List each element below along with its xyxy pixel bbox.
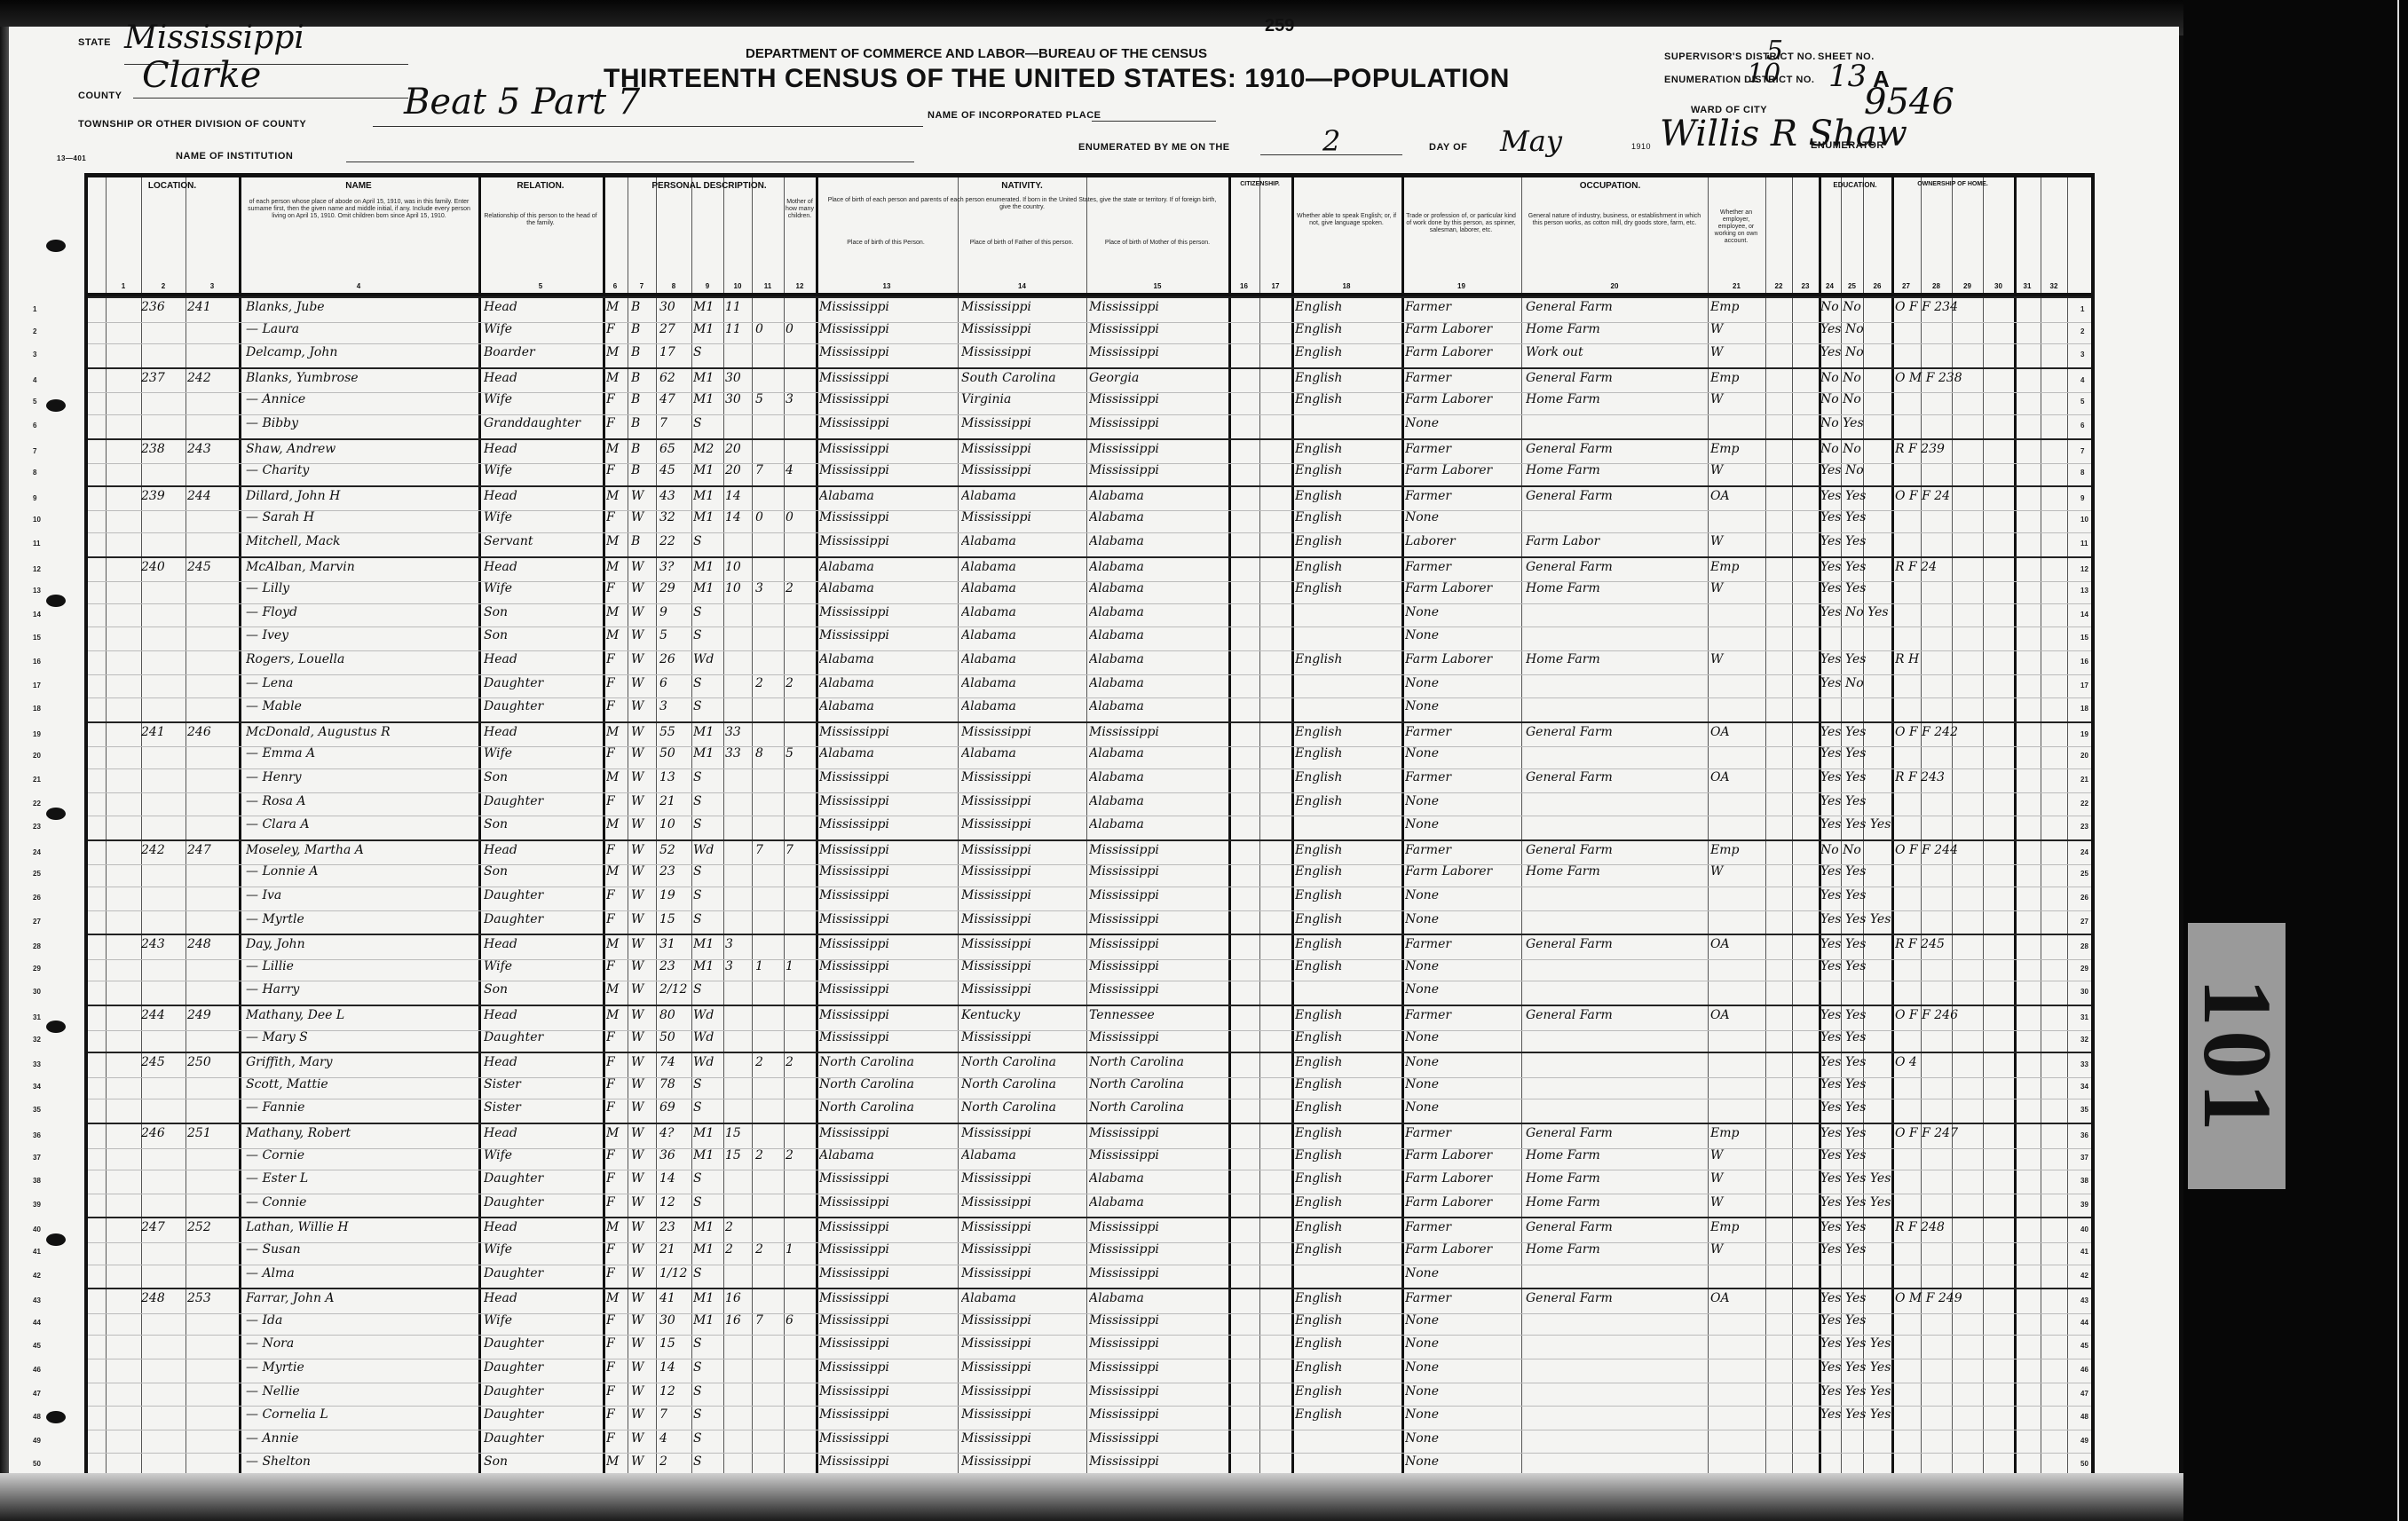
age: 5 bbox=[659, 628, 690, 642]
race: W bbox=[631, 1220, 654, 1234]
language: English bbox=[1295, 1220, 1400, 1234]
age: 19 bbox=[659, 888, 690, 902]
language: English bbox=[1295, 843, 1400, 857]
birthplace: Mississippi bbox=[819, 1008, 956, 1022]
person-name: — Mable bbox=[246, 699, 475, 713]
sex: F bbox=[606, 746, 626, 760]
column-number: 14 bbox=[958, 282, 1086, 290]
relation: Wife bbox=[484, 322, 599, 336]
sex: M bbox=[606, 605, 626, 619]
language: English bbox=[1295, 1077, 1400, 1091]
sex: F bbox=[606, 1242, 626, 1257]
family-number: 252 bbox=[187, 1220, 237, 1234]
birthplace: Alabama bbox=[819, 699, 956, 713]
person-name: Farrar, John A bbox=[246, 1291, 475, 1305]
years-married: 16 bbox=[725, 1291, 750, 1305]
age: 14 bbox=[659, 1171, 690, 1186]
sheet-no-value: 13 bbox=[1828, 59, 1867, 94]
census-row: 2323— Clara ASonMW10SMississippiMississi… bbox=[88, 816, 2091, 840]
line-number: 17 bbox=[2080, 682, 2088, 690]
children-born: 8 bbox=[755, 746, 782, 760]
trade: Farmer bbox=[1405, 442, 1519, 456]
column-number: 15 bbox=[1086, 282, 1228, 290]
mother-birthplace: Alabama bbox=[1089, 581, 1227, 595]
census-row: 1515— IveySonMW5SMississippiAlabamaAlaba… bbox=[88, 627, 2091, 651]
industry: Home Farm bbox=[1526, 864, 1705, 879]
marital-status: M1 bbox=[693, 937, 722, 951]
trade: None bbox=[1405, 1266, 1519, 1281]
person-name: — Ivey bbox=[246, 628, 475, 642]
language: English bbox=[1295, 1291, 1400, 1305]
line-number: 8 bbox=[2080, 469, 2084, 477]
census-row: 1919241246McDonald, Augustus RHeadMW55M1… bbox=[88, 721, 2091, 748]
census-row: 2525— Lonnie ASonMW23SMississippiMississ… bbox=[88, 863, 2091, 887]
home-ownership: R F 24 bbox=[1895, 560, 2012, 574]
mother-birthplace: Mississippi bbox=[1089, 1266, 1227, 1281]
language: English bbox=[1295, 1407, 1400, 1422]
race: W bbox=[631, 937, 654, 951]
education: Yes Yes Yes bbox=[1820, 817, 1891, 831]
education: Yes Yes Yes bbox=[1820, 1195, 1891, 1210]
census-row: 3737— CornieWifeFW36M11522AlabamaAlabama… bbox=[88, 1147, 2091, 1171]
trade: Farmer bbox=[1405, 1126, 1519, 1140]
home-ownership: O F F 244 bbox=[1895, 843, 2012, 857]
years-married: 15 bbox=[725, 1126, 750, 1140]
education: Yes Yes bbox=[1820, 1126, 1891, 1140]
census-row: 1111Mitchell, MackServantMB22SMississipp… bbox=[88, 532, 2091, 557]
trade: Farm Laborer bbox=[1405, 322, 1519, 336]
age: 23 bbox=[659, 864, 690, 879]
person-name: Scott, Mattie bbox=[246, 1077, 475, 1091]
relation: Daughter bbox=[484, 888, 599, 902]
relation: Daughter bbox=[484, 1384, 599, 1399]
education: Yes No bbox=[1820, 345, 1891, 359]
race: W bbox=[631, 1030, 654, 1044]
birthplace: Mississippi bbox=[819, 817, 956, 831]
birthplace: Mississippi bbox=[819, 534, 956, 548]
marital-status: S bbox=[693, 1360, 722, 1375]
person-name: Dillard, John H bbox=[246, 489, 475, 503]
line-number: 26 bbox=[33, 894, 41, 902]
worker-class: Emp bbox=[1710, 1220, 1764, 1234]
line-number: 13 bbox=[33, 587, 41, 595]
census-row: 1818— MableDaughterFW3SAlabamaAlabamaAla… bbox=[88, 697, 2091, 722]
sex: M bbox=[606, 442, 626, 456]
education: No Yes bbox=[1820, 416, 1891, 430]
family-number: 253 bbox=[187, 1291, 237, 1305]
relation: Boarder bbox=[484, 345, 599, 359]
age: 1/12 bbox=[659, 1266, 690, 1281]
home-ownership: R F 245 bbox=[1895, 937, 2012, 951]
birthplace: Mississippi bbox=[819, 864, 956, 879]
line-number: 11 bbox=[2080, 540, 2088, 548]
education: Yes Yes bbox=[1820, 770, 1891, 784]
person-name: McDonald, Augustus R bbox=[246, 725, 475, 739]
relation: Wife bbox=[484, 1313, 599, 1328]
worker-class: W bbox=[1710, 392, 1764, 406]
children-born: 2 bbox=[755, 1055, 782, 1069]
person-name: Blanks, Yumbrose bbox=[246, 371, 475, 385]
line-number: 29 bbox=[2080, 965, 2088, 973]
race: W bbox=[631, 1077, 654, 1091]
census-row: 2424242247Moseley, Martha AHeadFW52Wd77M… bbox=[88, 839, 2091, 866]
mother-birthplace: Mississippi bbox=[1089, 1313, 1227, 1328]
census-row: 77238243Shaw, AndrewHeadMB65M220Mississi… bbox=[88, 438, 2091, 465]
trade: None bbox=[1405, 817, 1519, 831]
line-number: 10 bbox=[33, 516, 41, 524]
sex: F bbox=[606, 1431, 626, 1446]
line-number: 23 bbox=[2080, 823, 2088, 831]
trade: Farmer bbox=[1405, 843, 1519, 857]
language: English bbox=[1295, 371, 1400, 385]
race: W bbox=[631, 560, 654, 574]
age: 22 bbox=[659, 534, 690, 548]
line-number: 1 bbox=[2080, 305, 2084, 313]
language: English bbox=[1295, 959, 1400, 973]
race: W bbox=[631, 1407, 654, 1422]
trade: None bbox=[1405, 794, 1519, 808]
census-row: 1616Rogers, LouellaHeadFW26WdAlabamaAlab… bbox=[88, 650, 2091, 675]
birthplace: Mississippi bbox=[819, 1454, 956, 1469]
race: W bbox=[631, 843, 654, 857]
census-row: 3838— Ester LDaughterFW14SMississippiMis… bbox=[88, 1170, 2091, 1194]
relation: Servant bbox=[484, 534, 599, 548]
home-ownership: R H bbox=[1895, 652, 2012, 666]
industry: General Farm bbox=[1526, 843, 1705, 857]
person-name: Day, John bbox=[246, 937, 475, 951]
age: 21 bbox=[659, 794, 690, 808]
birthplace: North Carolina bbox=[819, 1077, 956, 1091]
trade: Farm Laborer bbox=[1405, 1148, 1519, 1162]
line-number: 24 bbox=[2080, 848, 2088, 856]
line-number: 4 bbox=[2080, 376, 2084, 384]
person-name: — Connie bbox=[246, 1195, 475, 1210]
person-name: — Lilly bbox=[246, 581, 475, 595]
column-number: 22 bbox=[1765, 282, 1792, 290]
race: W bbox=[631, 1242, 654, 1257]
line-number: 38 bbox=[2080, 1177, 2088, 1185]
father-birthplace: Mississippi bbox=[961, 1336, 1086, 1351]
mother-birthplace: North Carolina bbox=[1089, 1077, 1227, 1091]
mother-birthplace: Mississippi bbox=[1089, 1360, 1227, 1375]
children-living: 4 bbox=[786, 463, 814, 477]
age: 78 bbox=[659, 1077, 690, 1091]
line-number: 7 bbox=[33, 447, 36, 455]
race: W bbox=[631, 1100, 654, 1115]
race: W bbox=[631, 510, 654, 524]
relation: Son bbox=[484, 817, 599, 831]
birthplace: Mississippi bbox=[819, 1336, 956, 1351]
birthplace: Mississippi bbox=[819, 1431, 956, 1446]
birthplace: Mississippi bbox=[819, 725, 956, 739]
education: Yes Yes bbox=[1820, 1291, 1891, 1305]
line-number: 13 bbox=[2080, 587, 2088, 595]
census-row: 4646— MyrtieDaughterFW14SMississippiMiss… bbox=[88, 1359, 2091, 1383]
education: Yes Yes bbox=[1820, 888, 1891, 902]
father-birthplace: Mississippi bbox=[961, 1195, 1086, 1210]
family-number: 246 bbox=[187, 725, 237, 739]
birthplace: Mississippi bbox=[819, 794, 956, 808]
language: English bbox=[1295, 937, 1400, 951]
language: English bbox=[1295, 489, 1400, 503]
marital-status: S bbox=[693, 1454, 722, 1469]
marital-status: S bbox=[693, 1336, 722, 1351]
father-birthplace: Alabama bbox=[961, 581, 1086, 595]
person-name: Griffith, Mary bbox=[246, 1055, 475, 1069]
marital-status: M1 bbox=[693, 581, 722, 595]
father-birthplace: Alabama bbox=[961, 489, 1086, 503]
marital-status: S bbox=[693, 817, 722, 831]
race: B bbox=[631, 300, 654, 314]
relation: Wife bbox=[484, 392, 599, 406]
column-number: 7 bbox=[628, 282, 656, 290]
mother-birthplace: Mississippi bbox=[1089, 1431, 1227, 1446]
children-living: 1 bbox=[786, 959, 814, 973]
education: Yes Yes bbox=[1820, 937, 1891, 951]
line-number: 50 bbox=[2080, 1460, 2088, 1468]
family-number: 241 bbox=[187, 300, 237, 314]
father-birthplace: Alabama bbox=[961, 1291, 1086, 1305]
punch-hole bbox=[46, 1233, 66, 1246]
column-number: 19 bbox=[1401, 282, 1521, 290]
birthplace: Mississippi bbox=[819, 1313, 956, 1328]
race: W bbox=[631, 982, 654, 997]
birthplace: Mississippi bbox=[819, 392, 956, 406]
mother-birthplace: Alabama bbox=[1089, 489, 1227, 503]
line-number: 16 bbox=[33, 658, 41, 666]
age: 4? bbox=[659, 1126, 690, 1140]
mother-birthplace: Mississippi bbox=[1089, 442, 1227, 456]
line-number: 25 bbox=[33, 870, 41, 878]
marital-status: M1 bbox=[693, 1242, 722, 1257]
personal-description-header: PERSONAL DESCRIPTION. bbox=[603, 181, 816, 191]
father-birthplace: South Carolina bbox=[961, 371, 1086, 385]
line-number: 31 bbox=[2080, 1013, 2088, 1021]
mother-birthplace: Tennessee bbox=[1089, 1008, 1227, 1022]
column-number: 12 bbox=[784, 282, 816, 290]
marital-status: S bbox=[693, 1195, 722, 1210]
age: 15 bbox=[659, 912, 690, 926]
language: English bbox=[1295, 442, 1400, 456]
race: W bbox=[631, 605, 654, 619]
years-married: 33 bbox=[725, 746, 750, 760]
enumeration-day: 2 bbox=[1322, 124, 1340, 158]
line-number: 22 bbox=[2080, 800, 2088, 808]
institution-label: NAME OF INSTITUTION bbox=[176, 151, 293, 162]
person-name: — Myrtie bbox=[246, 1360, 475, 1375]
race: W bbox=[631, 817, 654, 831]
age: 12 bbox=[659, 1195, 690, 1210]
trade: Farm Laborer bbox=[1405, 1195, 1519, 1210]
education: Yes Yes bbox=[1820, 1055, 1891, 1069]
marital-status: M1 bbox=[693, 1220, 722, 1234]
home-ownership: O F F 246 bbox=[1895, 1008, 2012, 1022]
marital-status: S bbox=[693, 1266, 722, 1281]
worker-class: OA bbox=[1710, 937, 1764, 951]
sex: F bbox=[606, 1313, 626, 1328]
relation: Head bbox=[484, 560, 599, 574]
person-name: — Charity bbox=[246, 463, 475, 477]
race: B bbox=[631, 345, 654, 359]
birthplace: Mississippi bbox=[819, 1360, 956, 1375]
father-birthplace: Mississippi bbox=[961, 959, 1086, 973]
census-row: 2727— MyrtleDaughterFW15SMississippiMiss… bbox=[88, 910, 2091, 935]
father-birthplace: Alabama bbox=[961, 605, 1086, 619]
years-married: 10 bbox=[725, 560, 750, 574]
person-name: — Floyd bbox=[246, 605, 475, 619]
children-born: 0 bbox=[755, 322, 782, 336]
birthplace: Mississippi bbox=[819, 605, 956, 619]
sex: M bbox=[606, 1008, 626, 1022]
dwelling-number: 245 bbox=[141, 1055, 184, 1069]
age: 65 bbox=[659, 442, 690, 456]
marital-status: M1 bbox=[693, 489, 722, 503]
family-number: 243 bbox=[187, 442, 237, 456]
education: Yes Yes bbox=[1820, 959, 1891, 973]
trade: Farm Laborer bbox=[1405, 864, 1519, 879]
enumeration-district-value: 10 bbox=[1747, 59, 1780, 90]
race: W bbox=[631, 1360, 654, 1375]
census-row: 1717— LenaDaughterFW6S22AlabamaAlabamaAl… bbox=[88, 674, 2091, 699]
father-birthplace: Mississippi bbox=[961, 1431, 1086, 1446]
birthplace: Mississippi bbox=[819, 770, 956, 784]
language: English bbox=[1295, 1242, 1400, 1257]
sex: F bbox=[606, 1336, 626, 1351]
race: W bbox=[631, 699, 654, 713]
race: W bbox=[631, 1171, 654, 1186]
race: W bbox=[631, 770, 654, 784]
worker-class: Emp bbox=[1710, 843, 1764, 857]
sex: F bbox=[606, 1266, 626, 1281]
column-number: 17 bbox=[1259, 282, 1291, 290]
education: Yes Yes bbox=[1820, 581, 1891, 595]
sex: M bbox=[606, 300, 626, 314]
enumerated-label: ENUMERATED BY ME ON THE bbox=[1078, 142, 1230, 153]
industry: Home Farm bbox=[1526, 1148, 1705, 1162]
mother-birthplace: Mississippi bbox=[1089, 345, 1227, 359]
birthplace: Mississippi bbox=[819, 1291, 956, 1305]
trade: Farm Laborer bbox=[1405, 463, 1519, 477]
line-number: 5 bbox=[2080, 398, 2084, 406]
sex: M bbox=[606, 489, 626, 503]
industry: Home Farm bbox=[1526, 322, 1705, 336]
dwelling-number: 241 bbox=[141, 725, 184, 739]
column-number: 5 bbox=[478, 282, 603, 290]
person-name: McAlban, Marvin bbox=[246, 560, 475, 574]
worker-class: OA bbox=[1710, 1291, 1764, 1305]
census-row: 3030— HarrySonMW2/12SMississippiMississi… bbox=[88, 981, 2091, 1005]
punch-hole bbox=[46, 595, 66, 607]
education: Yes Yes Yes bbox=[1820, 1407, 1891, 1422]
sex: F bbox=[606, 416, 626, 430]
home-ownership: O F F 24 bbox=[1895, 489, 2012, 503]
census-row: 3434Scott, MattieSisterFW78SNorth Caroli… bbox=[88, 1076, 2091, 1100]
education: Yes Yes bbox=[1820, 1148, 1891, 1162]
line-number: 40 bbox=[2080, 1225, 2088, 1233]
marital-status: S bbox=[693, 1384, 722, 1399]
mother-birthplace: Mississippi bbox=[1089, 1407, 1227, 1422]
race: W bbox=[631, 746, 654, 760]
birthplace: Mississippi bbox=[819, 912, 956, 926]
race: W bbox=[631, 1291, 654, 1305]
marital-status: S bbox=[693, 534, 722, 548]
children-living: 3 bbox=[786, 392, 814, 406]
department-heading: DEPARTMENT OF COMMERCE AND LABOR—BUREAU … bbox=[746, 46, 1207, 61]
relation: Sister bbox=[484, 1077, 599, 1091]
marital-status: M1 bbox=[693, 959, 722, 973]
industry: Farm Labor bbox=[1526, 534, 1705, 548]
line-number: 27 bbox=[33, 918, 41, 926]
sex: F bbox=[606, 510, 626, 524]
family-number: 244 bbox=[187, 489, 237, 503]
line-number: 9 bbox=[2080, 494, 2084, 502]
family-number: 249 bbox=[187, 1008, 237, 1022]
sex: M bbox=[606, 770, 626, 784]
marital-status: S bbox=[693, 605, 722, 619]
mother-birthplace: Alabama bbox=[1089, 794, 1227, 808]
line-number: 15 bbox=[33, 634, 41, 642]
line-number: 26 bbox=[2080, 894, 2088, 902]
line-number: 19 bbox=[2080, 730, 2088, 738]
language: English bbox=[1295, 560, 1400, 574]
mother-birthplace: Alabama bbox=[1089, 676, 1227, 690]
relation: Son bbox=[484, 864, 599, 879]
relation: Son bbox=[484, 628, 599, 642]
education: No No bbox=[1820, 371, 1891, 385]
line-number: 18 bbox=[2080, 705, 2088, 713]
line-number: 32 bbox=[33, 1036, 41, 1044]
years-married: 30 bbox=[725, 392, 750, 406]
father-birthplace: Mississippi bbox=[961, 345, 1086, 359]
marital-status: M1 bbox=[693, 1126, 722, 1140]
sex: F bbox=[606, 322, 626, 336]
race: B bbox=[631, 463, 654, 477]
person-name: — Susan bbox=[246, 1242, 475, 1257]
father-birthplace: Mississippi bbox=[961, 1126, 1086, 1140]
punch-hole bbox=[46, 240, 66, 252]
language: English bbox=[1295, 322, 1400, 336]
father-birthplace: Alabama bbox=[961, 676, 1086, 690]
years-married: 2 bbox=[725, 1220, 750, 1234]
age: 6 bbox=[659, 676, 690, 690]
census-row: 2121— HenrySonMW13SMississippiMississipp… bbox=[88, 768, 2091, 793]
marital-status: S bbox=[693, 416, 722, 430]
language: English bbox=[1295, 1100, 1400, 1115]
township-line bbox=[373, 126, 923, 127]
mother-birthplace: Mississippi bbox=[1089, 1336, 1227, 1351]
father-birthplace: Virginia bbox=[961, 392, 1086, 406]
person-name: Mitchell, Mack bbox=[246, 534, 475, 548]
worker-class: Emp bbox=[1710, 442, 1764, 456]
worker-class: W bbox=[1710, 1171, 1764, 1186]
incorporated-place-line bbox=[1092, 121, 1216, 122]
home-ownership: O F F 247 bbox=[1895, 1126, 2012, 1140]
language: English bbox=[1295, 864, 1400, 879]
language: English bbox=[1295, 300, 1400, 314]
person-name: Rogers, Louella bbox=[246, 652, 475, 666]
person-name: — Rosa A bbox=[246, 794, 475, 808]
dwelling-number: 237 bbox=[141, 371, 184, 385]
census-row: 2929— LillieWifeFW23M1311MississippiMiss… bbox=[88, 958, 2091, 982]
census-row: 4242— AlmaDaughterFW1/12SMississippiMiss… bbox=[88, 1265, 2091, 1289]
column-number: 1 bbox=[106, 282, 141, 290]
mother-birthplace: Mississippi bbox=[1089, 300, 1227, 314]
children-living: 2 bbox=[786, 676, 814, 690]
language: English bbox=[1295, 912, 1400, 926]
language: English bbox=[1295, 1171, 1400, 1186]
person-name: — Lena bbox=[246, 676, 475, 690]
home-ownership: O M F 249 bbox=[1895, 1291, 2012, 1305]
